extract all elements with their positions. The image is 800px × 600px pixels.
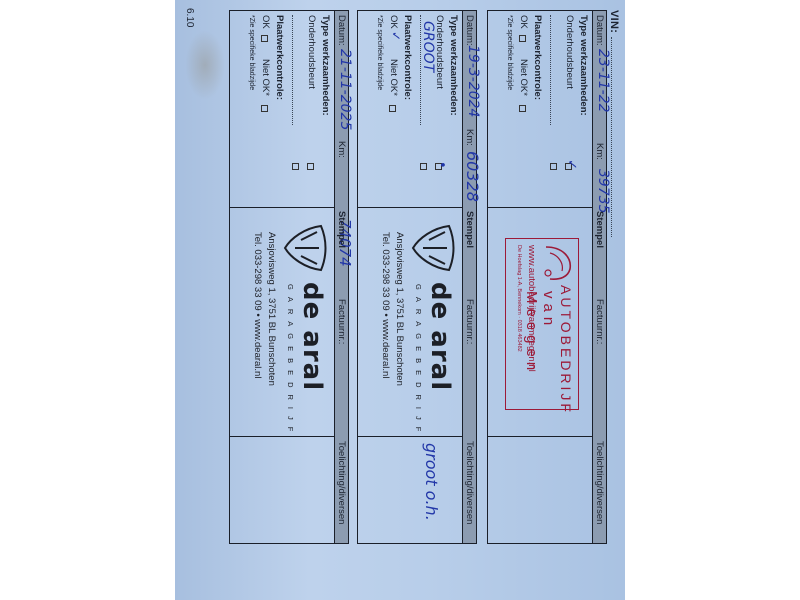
factuurnr-label: Factuurnr.: (464, 299, 475, 344)
plaatwerk-ok-checkbox[interactable] (519, 35, 526, 42)
datum-label: Datum: (594, 15, 605, 46)
plaatwerkcontrole-label: Plaatwerkcontrole: (402, 15, 413, 100)
type-werkzaamheden-label: Type werkzaamheden: (578, 15, 589, 116)
plaatwerkcontrole-label: Plaatwerkcontrole: (274, 15, 285, 100)
plaatwerkcontrole-label: Plaatwerkcontrole: (532, 15, 543, 100)
onderhoudsbeurt-label: Onderhoudsbeurt (564, 15, 575, 89)
km-value: 39735 (595, 169, 611, 214)
stamp-area: de aral GARAGEBEDRIJF Ansjovisweg 1, 375… (230, 208, 335, 437)
onderhoudsbeurt-mark: • (434, 161, 449, 169)
datum-label: Datum: (464, 15, 475, 46)
datum-label: Datum: (336, 15, 347, 46)
work-type-column: Type werkzaamheden: Onderhoudsbeurt • GR… (358, 11, 463, 208)
niet-ok-label: Niet OK* (388, 59, 399, 96)
stamp-phone: Tel. 033-298 33 09 • www.dearal.nl (380, 232, 391, 378)
note-area (488, 437, 593, 543)
niet-ok-label: Niet OK* (518, 59, 529, 96)
vin-dotted-line (611, 37, 621, 237)
work-type-column: Type werkzaamheden: Onderhoudsbeurt ✓ Pl… (488, 11, 593, 208)
toelichting-label: Toelichting/diversen (464, 441, 475, 524)
plaatwerk-ok-checkbox[interactable] (261, 35, 268, 42)
plaatwerk-niet-ok-checkbox[interactable] (261, 105, 268, 112)
stempel-label: Stempel (336, 211, 347, 248)
service-record-3: Datum: 21-11-2025 Km: 74074 Stempel Fact… (229, 10, 349, 544)
type-werkzaamheden-label: Type werkzaamheden: (448, 15, 459, 116)
stamp-de-aral: de aral GARAGEBEDRIJF Ansjovisweg 1, 375… (237, 222, 329, 432)
ok-label: OK (260, 15, 271, 29)
extra-work-checkbox[interactable] (550, 163, 557, 170)
ok-label: OK (518, 15, 529, 29)
service-record-1: Datum: 23-11-22 Km: 39735 Stempel Factuu… (487, 10, 607, 544)
onderhoudsbeurt-mark: ✓ (564, 159, 579, 170)
extra-work-checkbox[interactable] (420, 163, 427, 170)
datum-value: 23-11-22 (595, 49, 611, 113)
service-booklet-page: VIN: Datum: 23-11-22 Km: 39735 Stempel F… (175, 0, 625, 600)
record-header-band: Datum: 21-11-2025 Km: 74074 Stempel Fact… (334, 11, 348, 543)
plaatwerk-niet-ok-checkbox[interactable] (519, 105, 526, 112)
footnote: *Zie specifieke bladzijde (376, 15, 383, 90)
stamp-area: de aral GARAGEBEDRIJF Ansjovisweg 1, 375… (358, 208, 463, 437)
factuurnr-label: Factuurnr.: (336, 299, 347, 344)
note-area (230, 437, 335, 543)
onderhoudsbeurt-checkbox[interactable] (307, 163, 314, 170)
stempel-label: Stempel (594, 211, 605, 248)
stamp-area: AUTOBEDRIJF van Meegen www.autobedrijfva… (488, 208, 593, 437)
stamp-website: www.autobedrijfvanmeegen.nl (526, 245, 537, 372)
stamp-line1: AUTOBEDRIJF (558, 285, 574, 415)
km-label: Km: (594, 143, 605, 160)
factuurnr-label: Factuurnr.: (594, 299, 605, 344)
extra-work-line (550, 15, 551, 125)
record-header-band: Datum: 23-11-22 Km: 39735 Stempel Factuu… (592, 11, 606, 543)
footnote: *Zie specifieke bladzijde (248, 15, 255, 90)
page-number: 6.10 (184, 8, 195, 27)
stamp-subtitle: GARAGEBEDRIJF (414, 284, 423, 438)
km-label: Km: (336, 141, 347, 158)
aral-shield-icon (283, 222, 327, 274)
onderhoudsbeurt-label: Onderhoudsbeurt (306, 15, 317, 89)
car-logo-icon (540, 243, 576, 283)
aral-shield-icon (411, 222, 455, 274)
ok-label: OK (388, 15, 399, 29)
datum-value: 19-3-2024 (465, 45, 481, 117)
stamp-address: Ansjovisweg 1, 3751 BL Bunschoten (266, 232, 277, 386)
km-value: 60328 (463, 151, 482, 202)
vin-label: VIN: (608, 10, 620, 33)
toelichting-label: Toelichting/diversen (594, 441, 605, 524)
note-value: groot o.h. (422, 443, 441, 521)
note-area: groot o.h. (358, 437, 463, 543)
niet-ok-label: Niet OK* (260, 59, 271, 96)
type-werkzaamheden-label: Type werkzaamheden: (320, 15, 331, 116)
stamp-de-aral: de aral GARAGEBEDRIJF Ansjovisweg 1, 375… (365, 222, 457, 432)
datum-value: 21-11-2025 (337, 49, 353, 130)
stamp-address: Ansjovisweg 1, 3751 BL Bunschoten (394, 232, 405, 386)
extra-work-checkbox[interactable] (292, 163, 299, 170)
stamp-van-meegen: AUTOBEDRIJF van Meegen www.autobedrijfva… (505, 238, 579, 410)
km-label: Km: (464, 129, 475, 146)
service-record-2: Datum: 19-3-2024 Km: 60328 Stempel Factu… (357, 10, 477, 544)
stamp-phone: Tel. 033-298 33 09 • www.dearal.nl (252, 232, 263, 378)
toelichting-label: Toelichting/diversen (336, 441, 347, 524)
plaatwerk-ok-mark: ✓ (389, 31, 403, 41)
extra-work-line (292, 15, 293, 125)
stempel-label: Stempel (464, 211, 475, 248)
stamp-logo: de aral (297, 282, 327, 391)
record-header-band: Datum: 19-3-2024 Km: 60328 Stempel Factu… (462, 11, 476, 543)
work-type-column: Type werkzaamheden: Onderhoudsbeurt Plaa… (230, 11, 335, 208)
page-stain (185, 30, 225, 100)
stamp-logo: de aral (425, 282, 455, 391)
stamp-address: De Hoefslag 1-A, Bennekom · 0318 463482 (516, 245, 522, 352)
stamp-subtitle: GARAGEBEDRIJF (286, 284, 295, 438)
footnote: *Zie specifieke bladzijde (506, 15, 513, 90)
extra-work-value: GROOT (420, 21, 436, 72)
plaatwerk-niet-ok-checkbox[interactable] (389, 105, 396, 112)
